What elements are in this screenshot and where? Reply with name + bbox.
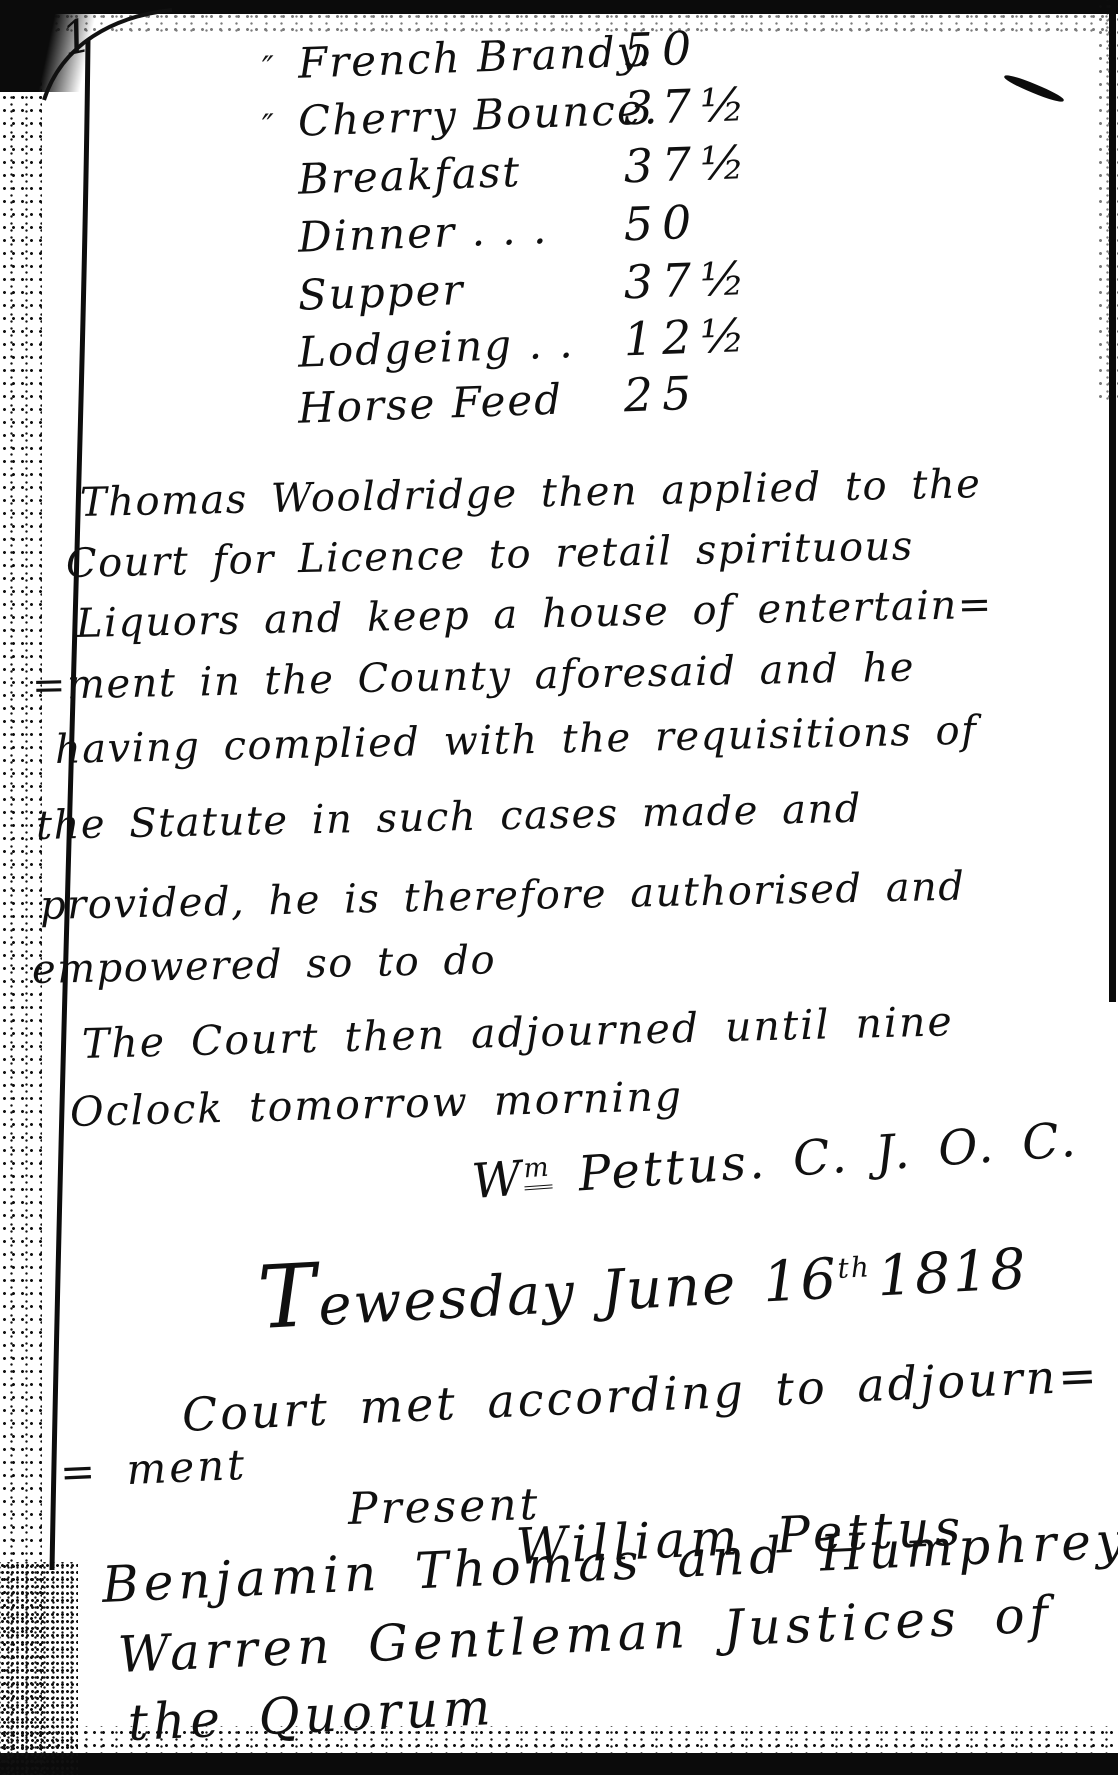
ledger-row: Supper 37½ (261, 269, 465, 318)
manuscript-line: Thomas Wooldridge then applied to the (80, 464, 982, 523)
ditto-mark (262, 252, 298, 253)
manuscript-line: having complied with the requisitions of (55, 711, 978, 770)
ledger-item-value: 37½ (623, 255, 755, 306)
scan-edge-right-noise (1096, 0, 1118, 400)
ditto-mark: ″ (262, 51, 299, 84)
scan-edge-bottom (0, 1753, 1118, 1775)
ditto-mark (262, 367, 298, 368)
manuscript-line: Liquors and keep a house of entertain= (76, 585, 994, 644)
signature-line: Wm Pettus. C. J. O. C. (470, 1116, 1080, 1206)
justices-line: the Quorum (127, 1682, 496, 1748)
manuscript-line: the Statute in such cases made and (36, 789, 863, 846)
ledger-item-label: Breakfast (297, 147, 522, 204)
ditto-mark (262, 310, 298, 311)
manuscript-line: Oclock tomorrow morning (69, 1076, 683, 1133)
ledger-item-label: Supper (297, 265, 465, 320)
ledger-item-label: Lodgeing . . (297, 318, 575, 377)
ledger-row: Dinner . . . 50 (261, 208, 549, 260)
ledger-item-value: 50 (623, 25, 701, 74)
manuscript-line: Court for Licence to retail spirituous (66, 526, 915, 584)
signature-superscript: m (522, 1151, 553, 1190)
manuscript-line: provided, he is therefore authorised and (40, 867, 966, 926)
ditto-mark (262, 194, 298, 195)
manuscript-line: =ment in the County aforesaid and he (32, 648, 916, 706)
corner-flourish-icon (14, 0, 194, 120)
ink-smudge (1003, 72, 1065, 105)
ledger-item-label: Dinner . . . (297, 204, 549, 262)
ledger-row: Breakfast 37½ (261, 151, 522, 202)
session-date-text: Tewesday June 16 (257, 1247, 840, 1342)
manuscript-line: empowered so to do (32, 940, 497, 990)
session-year: 1818 (876, 1237, 1030, 1310)
page-sheet: 1 ″French Brandy. 50 ″Cherry Bounce. 37½… (0, 0, 1118, 1775)
ledger-row: ″French Brandy. 50 (261, 30, 653, 86)
ledger-item-value: 50 (623, 199, 701, 248)
manuscript-line: The Court then adjourned until nine (81, 1001, 954, 1065)
ledger-item-label: Cherry Bounce. (297, 84, 660, 146)
ledger-item-value: 25 (623, 370, 701, 419)
ledger-item-label: Horse Feed (297, 375, 564, 433)
date-ordinal: th (837, 1250, 872, 1285)
ledger-row: ″Cherry Bounce. 37½ (261, 88, 659, 144)
ledger-item-value: 12½ (623, 312, 755, 363)
present-label: Present (347, 1483, 540, 1532)
ledger-row: Lodgeing . . 12½ (261, 322, 575, 375)
manuscript-line: = ment (59, 1444, 248, 1494)
ledger-item-value: 37½ (623, 81, 755, 132)
signature-rest: Pettus. C. J. O. C. (576, 1112, 1080, 1203)
signature-initial: W (470, 1150, 526, 1210)
ledger-row: Horse Feed 25 (261, 379, 563, 431)
ditto-mark: ″ (262, 109, 299, 142)
session-date-heading: Tewesday June 16th1818 (256, 1216, 1030, 1343)
manuscript-line: Court met according to adjourn= (181, 1352, 1101, 1438)
ledger-item-value: 37½ (623, 139, 755, 190)
ditto-mark (262, 423, 298, 424)
